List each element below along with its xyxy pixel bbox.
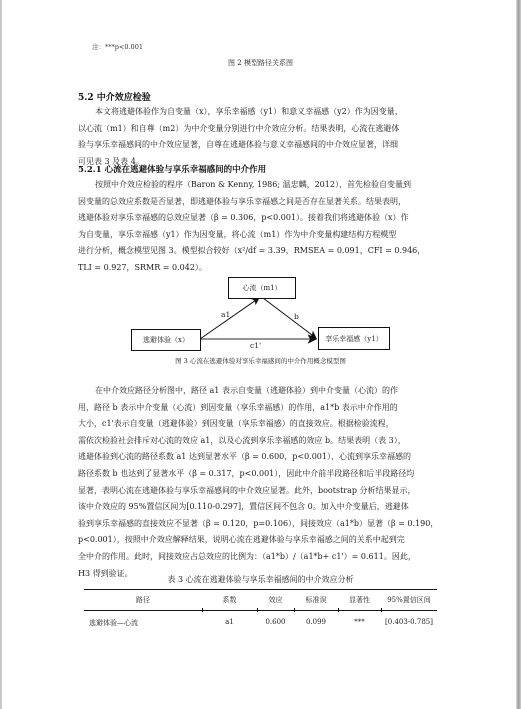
table-header-path: 路径 xyxy=(84,595,202,605)
table-cell-path: 逃避体验—心流 xyxy=(89,618,138,628)
mediator-box: 心流（m1） xyxy=(228,277,296,299)
text-line: 需依次检验社会排斥对心流的效应 a1，以及心流到享乐幸福感的效应 b。结果表明（… xyxy=(78,433,444,450)
dependent-label: 享乐幸福感（y1） xyxy=(325,334,382,344)
subsection-paragraph-2: 在中介效应路径分析图中，路径 a1 表示自变量（逃避体验）到中介变量（心流）的作… xyxy=(78,383,444,582)
table-header-std-error: 标准误 xyxy=(294,595,338,605)
column-tick xyxy=(381,608,382,612)
table-cell-ci: [0.403-0.785] xyxy=(381,618,437,626)
column-tick xyxy=(338,608,339,612)
text-line: 用，路径 b 表示中介变量（心流）到因变量（享乐幸福感）的作用，a1*b 表示中… xyxy=(78,400,444,417)
table-header-ci: 95%置信区间 xyxy=(381,595,437,605)
table-header-effect: 效应 xyxy=(257,595,294,605)
text-line: 在中介效应路径分析图中，路径 a1 表示自变量（逃避体验）到中介变量（心流）的作 xyxy=(78,383,444,400)
text-line: 逃避体验到心流的路径系数 a1 达到显著水平（β = 0.600，p<0.001… xyxy=(78,449,444,466)
independent-label: 逃避体验（x） xyxy=(143,335,189,345)
text-line: p<0.001），按照中介效应解释结果，说明心流在逃避体验与享乐幸福感之间的关系… xyxy=(78,532,444,549)
table-cell-std-error: 0.099 xyxy=(294,618,338,626)
text-line: 大小，c1'表示自变量（逃避体验）到因变量（享乐幸福感）的直接效应。根据检验流程… xyxy=(78,416,444,433)
path-c-label: c1' xyxy=(250,341,261,350)
text-line: 显著，表明心流在逃避体验与享乐幸福感间的中介效应显著。此外，bootstrap … xyxy=(78,483,444,500)
column-tick xyxy=(294,608,295,612)
table-header-coefficient: 系数 xyxy=(202,595,257,605)
table-cell-significance: *** xyxy=(338,618,381,626)
column-tick xyxy=(257,608,258,612)
text-line: 该中介效应的 95%置信区间为[0.110-0.297]，置信区间不包含 0。加… xyxy=(78,499,444,516)
text-line: 全中介的作用。此时，间接效应占总效应的比例为：（a1*b）/（a1*b+ c1'… xyxy=(78,549,444,566)
text-line: 验到享乐幸福感的直接效应不显著（β = 0.120，p=0.106），间接效应（… xyxy=(78,516,444,533)
path-a-label: a1 xyxy=(221,310,230,319)
figure3-caption: 图 3 心流在逃避体验对享乐幸福感间的中介作用概念模型图 xyxy=(0,356,521,365)
table-top-rule xyxy=(84,589,437,590)
table-header-rule xyxy=(84,610,437,611)
table-header-significance: 显著性 xyxy=(338,595,381,605)
independent-box: 逃避体验（x） xyxy=(131,329,201,351)
table3-caption: 表 3 心流在逃避体验与享乐幸福感间的中介效应分析 xyxy=(0,574,521,585)
column-tick xyxy=(202,608,203,612)
table-cell-effect: 0.600 xyxy=(257,618,294,626)
table-cell-coefficient: a1 xyxy=(202,618,257,626)
path-b-label: b xyxy=(294,312,299,321)
dependent-box: 享乐幸福感（y1） xyxy=(318,327,390,350)
text-line: 路径系数 b 也达到了显著水平（β = 0.317，p<0.001），因此中介前… xyxy=(78,466,444,483)
mediator-label: 心流（m1） xyxy=(242,283,281,293)
